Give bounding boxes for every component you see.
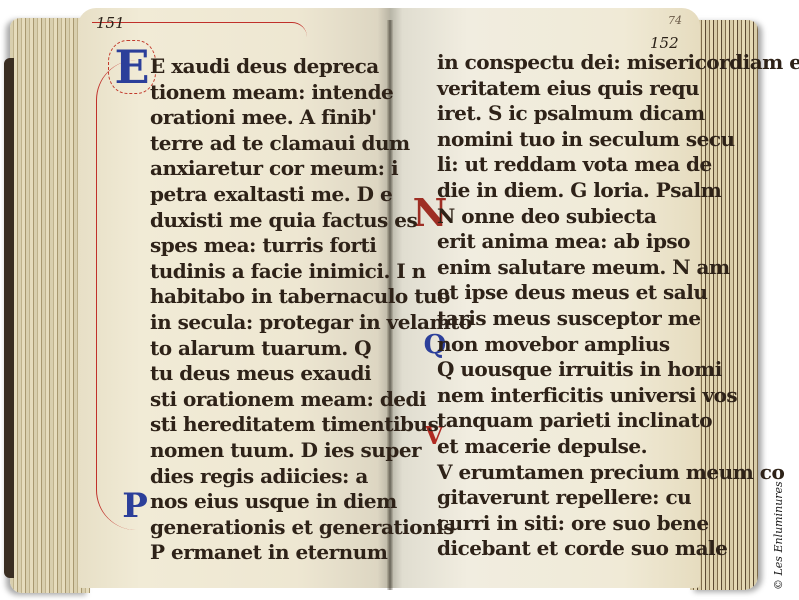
text-line: in secula: protegar in velamto xyxy=(150,310,472,336)
penwork-flourish-border xyxy=(96,60,145,530)
text-line: nomini tuo in seculum secu xyxy=(437,127,799,153)
text-line: V erumtamen precium meum co xyxy=(437,460,799,486)
left-folio-number: 151 xyxy=(96,14,125,32)
text-line: petra exaltasti me. D e xyxy=(150,182,472,208)
text-line: orationi mee. A finib' xyxy=(150,105,472,131)
text-line: E xaudi deus depreca xyxy=(150,54,472,80)
illuminated-initial-p: P xyxy=(118,486,152,526)
text-line: erit anima mea: ab ipso xyxy=(437,229,799,255)
copyright-watermark: © Les Enluminures xyxy=(772,481,785,590)
illuminated-initial-e: E xyxy=(108,40,156,94)
text-line: dicebant et corde suo male xyxy=(437,536,799,562)
left-page-text: E xaudi deus depreca tionem meam: intend… xyxy=(150,54,472,566)
text-line: generationis et generationis xyxy=(150,515,472,541)
text-line: iret. S ic psalmum dicam xyxy=(437,101,799,127)
text-line: sti orationem meam: dedi xyxy=(150,387,472,413)
text-line: spes mea: turris forti xyxy=(150,233,472,259)
text-line: P ermanet in eternum xyxy=(150,540,472,566)
text-line: tionem meam: intende xyxy=(150,80,472,106)
right-old-folio-number: 74 xyxy=(668,14,682,27)
text-line: taris meus susceptor me xyxy=(437,306,799,332)
text-line: in conspectu dei: misericordiam et xyxy=(437,50,799,76)
text-line: N onne deo subiecta xyxy=(437,204,799,230)
text-line: nem interficitis universi vos xyxy=(437,383,799,409)
text-line: die in diem. G loria. Psalm xyxy=(437,178,799,204)
text-line: veritatem eius quis requ xyxy=(437,76,799,102)
text-line: et macerie depulse. xyxy=(437,434,799,460)
text-line: tudinis a facie inimici. I n xyxy=(150,259,472,285)
right-page-text: in conspectu dei: misericordiam et verit… xyxy=(437,50,799,562)
text-line: habitabo in tabernaculo tuo xyxy=(150,284,472,310)
text-line: curri in siti: ore suo bene xyxy=(437,511,799,537)
open-manuscript-book: 151 74 152 E P N Q V E xaudi deus deprec… xyxy=(0,0,799,600)
text-line: anxiaretur cor meum: i xyxy=(150,156,472,182)
text-line: non movebor amplius xyxy=(437,332,799,358)
text-line: nos eius usque in diem xyxy=(150,489,472,515)
text-line: dies regis adiicies: a xyxy=(150,464,472,490)
text-line: et ipse deus meus et salu xyxy=(437,280,799,306)
text-line: terre ad te clamaui dum xyxy=(150,131,472,157)
text-line: gitaverunt repellere: cu xyxy=(437,485,799,511)
text-line: sti hereditatem timentibus xyxy=(150,412,472,438)
text-line: enim salutare meum. N am xyxy=(437,255,799,281)
text-line: tu deus meus exaudi xyxy=(150,361,472,387)
text-line: to alarum tuarum. Q xyxy=(150,336,472,362)
text-line: nomen tuum. D ies super xyxy=(150,438,472,464)
text-line: duxisti me quia factus es xyxy=(150,208,472,234)
text-line: tanquam parieti inclinato xyxy=(437,408,799,434)
text-line: li: ut reddam vota mea de xyxy=(437,152,799,178)
text-line: Q uousque irruitis in homi xyxy=(437,357,799,383)
